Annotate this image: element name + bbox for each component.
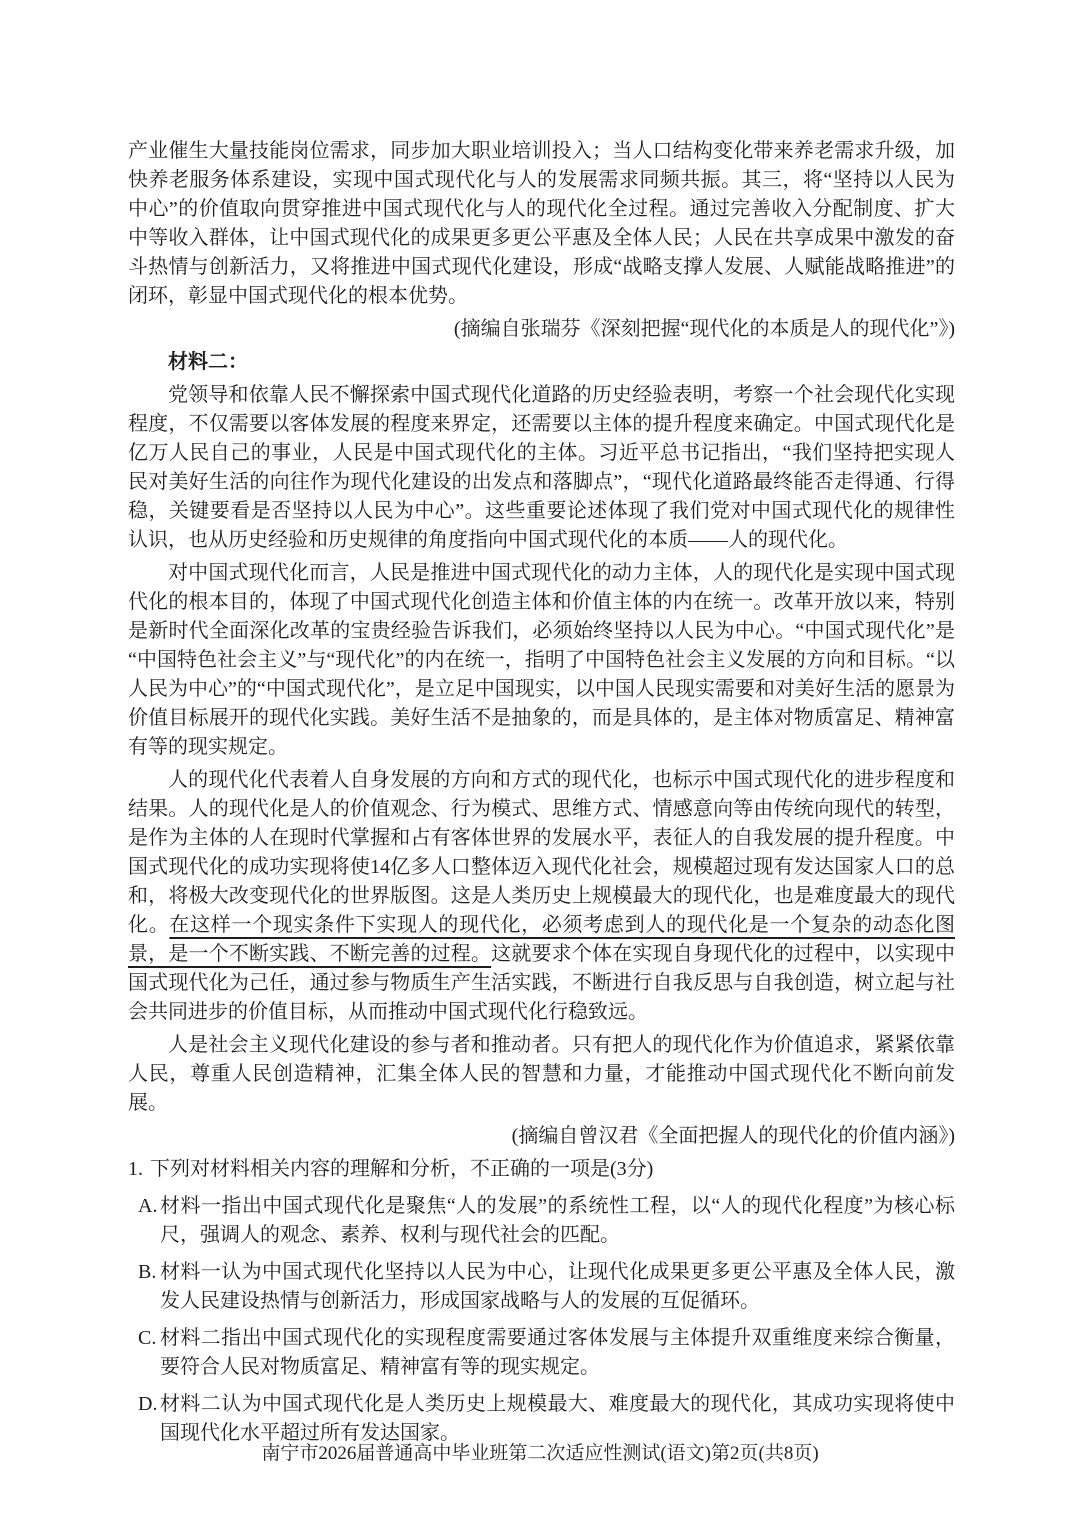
- material-two-paragraph-4: 人是社会主义现代化建设的参与者和推动者。只有把人的现代化作为价值追求，紧紧依靠人…: [128, 1031, 955, 1118]
- question-1-stem: 1. 下列对材料相关内容的理解和分析，不正确的一项是(3分): [128, 1155, 955, 1184]
- option-c-text: 材料二指出中国式现代化的实现程度需要通过客体发展与主体提升双重维度来综合衡量，要…: [160, 1324, 955, 1382]
- option-d-text: 材料二认为中国式现代化是人类历史上规模最大、难度最大的现代化，其成功实现将使中国…: [160, 1390, 955, 1448]
- material-one-source-line: (摘编自张瑞芬《深刻把握“现代化的本质是人的现代化”》): [128, 315, 955, 344]
- material-one-continuation-paragraph: 产业催生大量技能岗位需求，同步加大职业培训投入；当人口结构变化带来养老需求升级，…: [128, 137, 955, 311]
- page-footer: 南宁市2026届普通高中毕业班第二次适应性测试(语文)第2页(共8页): [0, 1441, 1080, 1467]
- question-1-option-b: B. 材料一认为中国式现代化坚持以人民为中心，让现代化成果更多更公平惠及全体人民…: [138, 1258, 955, 1316]
- page-content: 产业催生大量技能岗位需求，同步加大职业培训投入；当人口结构变化带来养老需求升级，…: [128, 137, 955, 1448]
- exam-paper-page: 产业催生大量技能岗位需求，同步加大职业培训投入；当人口结构变化带来养老需求升级，…: [0, 0, 1080, 1528]
- question-1: 1. 下列对材料相关内容的理解和分析，不正确的一项是(3分) A. 材料一指出中…: [128, 1155, 955, 1448]
- material-two-source-line: (摘编自曾汉君《全面把握人的现代化的价值内涵》): [128, 1122, 955, 1151]
- material-two-heading: 材料二：: [128, 348, 955, 377]
- question-1-option-a: A. 材料一指出中国式现代化是聚焦“人的发展”的系统性工程，以“人的现代化程度”…: [138, 1192, 955, 1250]
- option-d-label: D.: [138, 1390, 160, 1448]
- material-two-paragraph-1: 党领导和依靠人民不懈探索中国式现代化道路的历史经验表明，考察一个社会现代化实现程…: [128, 381, 955, 555]
- question-1-text: 下列对材料相关内容的理解和分析，不正确的一项是(3分): [150, 1155, 653, 1184]
- material-two-paragraph-2: 对中国式现代化而言，人民是推进中国式现代化的动力主体，人的现代化是实现中国式现代…: [128, 559, 955, 762]
- question-1-number: 1.: [128, 1155, 150, 1184]
- question-1-option-d: D. 材料二认为中国式现代化是人类历史上规模最大、难度最大的现代化，其成功实现将…: [138, 1390, 955, 1448]
- option-a-label: A.: [138, 1192, 160, 1250]
- material-two-paragraph-3: 人的现代化代表着人自身发展的方向和方式的现代化，也标示中国式现代化的进步程度和结…: [128, 766, 955, 1027]
- option-c-label: C.: [138, 1324, 160, 1382]
- option-b-label: B.: [138, 1258, 160, 1316]
- option-b-text: 材料一认为中国式现代化坚持以人民为中心，让现代化成果更多更公平惠及全体人民，激发…: [160, 1258, 955, 1316]
- question-1-option-c: C. 材料二指出中国式现代化的实现程度需要通过客体发展与主体提升双重维度来综合衡…: [138, 1324, 955, 1382]
- option-a-text: 材料一指出中国式现代化是聚焦“人的发展”的系统性工程，以“人的现代化程度”为核心…: [160, 1192, 955, 1250]
- paragraph-3-text-before-underline: 人的现代化代表着人自身发展的方向和方式的现代化，也标示中国式现代化的进步程度和结…: [128, 769, 955, 936]
